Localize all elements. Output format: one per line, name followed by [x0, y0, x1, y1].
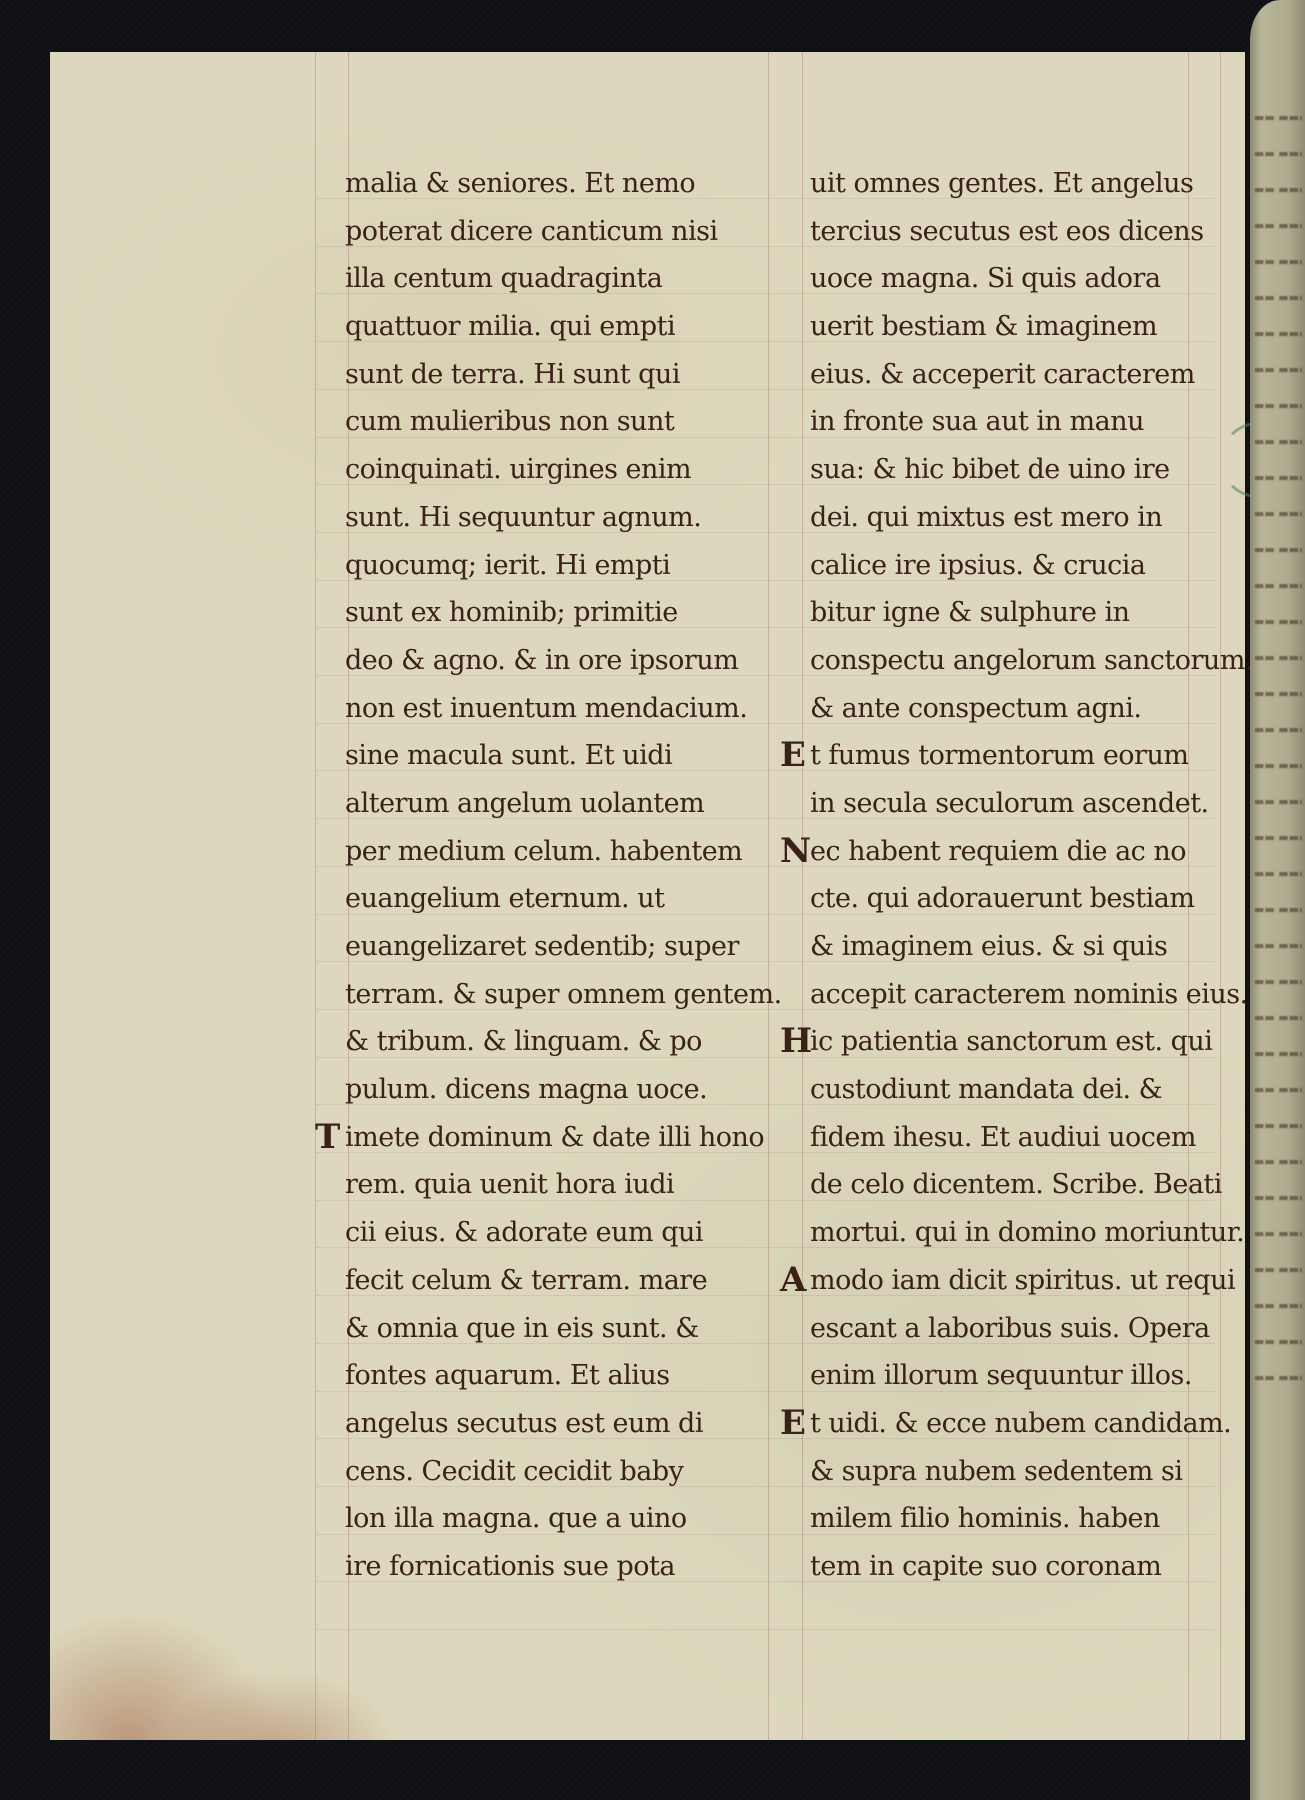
line-text: enim illorum sequuntur illos. — [810, 1360, 1192, 1391]
line-text: sua: & hic bibet de uino ire — [810, 454, 1170, 485]
line-text: & tribum. & linguam. & po — [345, 1026, 702, 1057]
leaf-line: ▬▬ ▬▬▬ ▬ — [1254, 388, 1302, 424]
text-line: illa centum quadraginta — [345, 255, 765, 303]
line-text: uerit bestiam & imaginem — [810, 311, 1157, 342]
text-line: ire fornicationis sue pota — [345, 1543, 765, 1591]
initial-letter: H — [780, 1018, 812, 1066]
text-line: sine macula sunt. Et uidi — [345, 732, 765, 780]
line-text: calice ire ipsius. & crucia — [810, 550, 1145, 581]
ruling-line — [315, 1629, 1215, 1630]
leaf-line: ▬▬ ▬▬▬ ▬ — [1254, 280, 1302, 316]
leaf-line: ▬▬ ▬▬▬ ▬ — [1254, 532, 1302, 568]
text-line: coinquinati. uirgines enim — [345, 446, 765, 494]
text-line: fidem ihesu. Et audiui uocem — [810, 1114, 1230, 1162]
line-text: in fronte sua aut in manu — [810, 406, 1144, 437]
leaf-line: ▬▬ ▬▬▬ ▬ — [1254, 352, 1302, 388]
text-line: calice ire ipsius. & crucia — [810, 542, 1230, 590]
text-line: escant a laboribus suis. Opera — [810, 1305, 1230, 1353]
text-line: per medium celum. habentem — [345, 828, 765, 876]
text-line: & omnia que in eis sunt. & — [345, 1305, 765, 1353]
line-text: quattuor milia. qui empti — [345, 311, 675, 342]
leaf-line: ▬▬ ▬▬▬ ▬ — [1254, 1000, 1302, 1036]
line-text: cens. Cecidit cecidit baby — [345, 1456, 683, 1487]
leaf-line: ▬▬ ▬▬▬ ▬ — [1254, 1072, 1302, 1108]
leaf-line: ▬▬ ▬▬▬ ▬ — [1254, 100, 1302, 136]
text-column-right: uit omnes gentes. Et angelustercius secu… — [810, 160, 1230, 1591]
leaf-line: ▬▬ ▬▬▬ ▬ — [1254, 604, 1302, 640]
next-leaf-text: ▬▬ ▬▬▬ ▬▬▬ ▬▬▬ ▬▬▬ ▬▬▬ ▬▬▬ ▬▬▬ ▬▬▬ ▬▬▬ ▬… — [1254, 100, 1302, 1396]
leaf-line: ▬▬ ▬▬▬ ▬ — [1254, 424, 1302, 460]
leaf-line: ▬▬ ▬▬▬ ▬ — [1254, 1288, 1302, 1324]
text-line: rem. quia uenit hora iudi — [345, 1161, 765, 1209]
leaf-line: ▬▬ ▬▬▬ ▬ — [1254, 172, 1302, 208]
line-text: de celo dicentem. Scribe. Beati — [810, 1169, 1222, 1200]
line-text: imete dominum & date illi hono — [345, 1122, 764, 1153]
line-text: coinquinati. uirgines enim — [345, 454, 691, 485]
text-line: terram. & super omnem gentem. — [345, 971, 765, 1019]
line-text: fecit celum & terram. mare — [345, 1265, 707, 1296]
text-line: cens. Cecidit cecidit baby — [345, 1448, 765, 1496]
text-line: uit omnes gentes. Et angelus — [810, 160, 1230, 208]
text-line: alterum angelum uolantem — [345, 780, 765, 828]
text-line: sua: & hic bibet de uino ire — [810, 446, 1230, 494]
line-text: cii eius. & adorate eum qui — [345, 1217, 703, 1248]
line-text: escant a laboribus suis. Opera — [810, 1313, 1210, 1344]
leaf-line: ▬▬ ▬▬▬ ▬ — [1254, 1216, 1302, 1252]
text-line: accepit caracterem nominis eius. — [810, 971, 1230, 1019]
leaf-line: ▬▬ ▬▬▬ ▬ — [1254, 1180, 1302, 1216]
leaf-line: ▬▬ ▬▬▬ ▬ — [1254, 208, 1302, 244]
initial-letter: A — [780, 1257, 806, 1305]
text-line: & ante conspectum agni. — [810, 685, 1230, 733]
leaf-line: ▬▬ ▬▬▬ ▬ — [1254, 568, 1302, 604]
text-line: Timete dominum & date illi hono — [345, 1114, 765, 1162]
line-text: & supra nubem sedentem si — [810, 1456, 1182, 1487]
leaf-line: ▬▬ ▬▬▬ ▬ — [1254, 316, 1302, 352]
line-text: ire fornicationis sue pota — [345, 1551, 675, 1582]
line-text: sunt. Hi sequuntur agnum. — [345, 502, 701, 533]
line-text: eius. & acceperit caracterem — [810, 359, 1195, 390]
leaf-line: ▬▬ ▬▬▬ ▬ — [1254, 496, 1302, 532]
text-line: cum mulieribus non sunt — [345, 398, 765, 446]
text-line: in fronte sua aut in manu — [810, 398, 1230, 446]
text-line: dei. qui mixtus est mero in — [810, 494, 1230, 542]
leaf-line: ▬▬ ▬▬▬ ▬ — [1254, 712, 1302, 748]
text-column-left: malia & seniores. Et nemopoterat dicere … — [345, 160, 765, 1591]
text-line: fontes aquarum. Et alius — [345, 1352, 765, 1400]
text-line: lon illa magna. que a uino — [345, 1495, 765, 1543]
initial-letter: E — [780, 1400, 805, 1448]
line-text: malia & seniores. Et nemo — [345, 168, 695, 199]
line-text: pulum. dicens magna uoce. — [345, 1074, 707, 1105]
line-text: in secula seculorum ascendet. — [810, 788, 1209, 819]
text-line: milem filio hominis. haben — [810, 1495, 1230, 1543]
line-text: dei. qui mixtus est mero in — [810, 502, 1162, 533]
text-line: Et uidi. & ecce nubem candidam. — [810, 1400, 1230, 1448]
text-line: quocumq; ierit. Hi empti — [345, 542, 765, 590]
text-line: sunt ex hominib; primitie — [345, 589, 765, 637]
text-line: mortui. qui in domino moriuntur. — [810, 1209, 1230, 1257]
line-text: fidem ihesu. Et audiui uocem — [810, 1122, 1196, 1153]
line-text: poterat dicere canticum nisi — [345, 216, 718, 247]
text-line: Nec habent requiem die ac no — [810, 828, 1230, 876]
line-text: alterum angelum uolantem — [345, 788, 704, 819]
line-text: sine macula sunt. Et uidi — [345, 740, 672, 771]
leaf-line: ▬▬ ▬▬▬ ▬ — [1254, 676, 1302, 712]
next-leaf-edge: ▬▬ ▬▬▬ ▬▬▬ ▬▬▬ ▬▬▬ ▬▬▬ ▬▬▬ ▬▬▬ ▬▬▬ ▬▬▬ ▬… — [1250, 0, 1305, 1800]
line-text: & imaginem eius. & si quis — [810, 931, 1167, 962]
line-text: custodiunt mandata dei. & — [810, 1074, 1162, 1105]
text-line: bitur igne & sulphure in — [810, 589, 1230, 637]
initial-letter: T — [315, 1114, 340, 1162]
text-line: pulum. dicens magna uoce. — [345, 1066, 765, 1114]
text-line: euangelizaret sedentib; super — [345, 923, 765, 971]
leaf-line: ▬▬ ▬▬▬ ▬ — [1254, 964, 1302, 1000]
line-text: accepit caracterem nominis eius. — [810, 979, 1248, 1010]
leaf-line: ▬▬ ▬▬▬ ▬ — [1254, 820, 1302, 856]
leaf-line: ▬▬ ▬▬▬ ▬ — [1254, 748, 1302, 784]
text-line: de celo dicentem. Scribe. Beati — [810, 1161, 1230, 1209]
leaf-line: ▬▬ ▬▬▬ ▬ — [1254, 1360, 1302, 1396]
leaf-line: ▬▬ ▬▬▬ ▬ — [1254, 1108, 1302, 1144]
leaf-line: ▬▬ ▬▬▬ ▬ — [1254, 1036, 1302, 1072]
text-line: Amodo iam dicit spiritus. ut requi — [810, 1257, 1230, 1305]
line-text: sunt ex hominib; primitie — [345, 597, 678, 628]
text-line: uoce magna. Si quis adora — [810, 255, 1230, 303]
line-text: uit omnes gentes. Et angelus — [810, 168, 1193, 199]
leaf-line: ▬▬ ▬▬▬ ▬ — [1254, 244, 1302, 280]
line-text: t uidi. & ecce nubem candidam. — [810, 1408, 1231, 1439]
line-text: non est inuentum mendacium. — [345, 693, 747, 724]
initial-letter: N — [780, 828, 811, 876]
line-text: & ante conspectum agni. — [810, 693, 1141, 724]
leaf-line: ▬▬ ▬▬▬ ▬ — [1254, 892, 1302, 928]
line-text: & omnia que in eis sunt. & — [345, 1313, 699, 1344]
line-text: tem in capite suo coronam — [810, 1551, 1161, 1582]
text-line: sunt. Hi sequuntur agnum. — [345, 494, 765, 542]
leaf-line: ▬▬ ▬▬▬ ▬ — [1254, 856, 1302, 892]
line-text: sunt de terra. Hi sunt qui — [345, 359, 680, 390]
leaf-line: ▬▬ ▬▬▬ ▬ — [1254, 1252, 1302, 1288]
line-text: bitur igne & sulphure in — [810, 597, 1130, 628]
line-text: deo & agno. & in ore ipsorum — [345, 645, 738, 676]
text-line: malia & seniores. Et nemo — [345, 160, 765, 208]
line-text: terram. & super omnem gentem. — [345, 979, 782, 1010]
text-line: custodiunt mandata dei. & — [810, 1066, 1230, 1114]
line-text: quocumq; ierit. Hi empti — [345, 550, 670, 581]
text-line: tem in capite suo coronam — [810, 1543, 1230, 1591]
text-line: tercius secutus est eos dicens — [810, 208, 1230, 256]
line-text: illa centum quadraginta — [345, 263, 662, 294]
text-line: non est inuentum mendacium. — [345, 685, 765, 733]
line-text: per medium celum. habentem — [345, 836, 742, 867]
leaf-line: ▬▬ ▬▬▬ ▬ — [1254, 460, 1302, 496]
leaf-line: ▬▬ ▬▬▬ ▬ — [1254, 784, 1302, 820]
leaf-line: ▬▬ ▬▬▬ ▬ — [1254, 640, 1302, 676]
line-text: angelus secutus est eum di — [345, 1408, 703, 1439]
text-line: uerit bestiam & imaginem — [810, 303, 1230, 351]
line-text: rem. quia uenit hora iudi — [345, 1169, 674, 1200]
text-line: & supra nubem sedentem si — [810, 1448, 1230, 1496]
text-line: Et fumus tormentorum eorum — [810, 732, 1230, 780]
line-text: ec habent requiem die ac no — [810, 836, 1186, 867]
text-line: & imaginem eius. & si quis — [810, 923, 1230, 971]
line-text: cum mulieribus non sunt — [345, 406, 674, 437]
line-text: euangelium eternum. ut — [345, 883, 664, 914]
text-line: euangelium eternum. ut — [345, 875, 765, 923]
line-text: milem filio hominis. haben — [810, 1503, 1160, 1534]
leaf-line: ▬▬ ▬▬▬ ▬ — [1254, 1324, 1302, 1360]
line-text: modo iam dicit spiritus. ut requi — [810, 1265, 1235, 1296]
initial-letter: E — [780, 732, 805, 780]
line-text: mortui. qui in domino moriuntur. — [810, 1217, 1244, 1248]
text-line: in secula seculorum ascendet. — [810, 780, 1230, 828]
text-line: Hic patientia sanctorum est. qui — [810, 1018, 1230, 1066]
leaf-line: ▬▬ ▬▬▬ ▬ — [1254, 1144, 1302, 1180]
line-text: cte. qui adorauerunt bestiam — [810, 883, 1194, 914]
text-line: deo & agno. & in ore ipsorum — [345, 637, 765, 685]
line-text: lon illa magna. que a uino — [345, 1503, 687, 1534]
text-line: enim illorum sequuntur illos. — [810, 1352, 1230, 1400]
leaf-line: ▬▬ ▬▬▬ ▬ — [1254, 928, 1302, 964]
line-text: fontes aquarum. Et alius — [345, 1360, 670, 1391]
line-text: conspectu angelorum sanctorum. — [810, 645, 1253, 676]
line-text: euangelizaret sedentib; super — [345, 931, 739, 962]
line-text: t fumus tormentorum eorum — [810, 740, 1188, 771]
text-line: conspectu angelorum sanctorum. — [810, 637, 1230, 685]
line-text: tercius secutus est eos dicens — [810, 216, 1204, 247]
text-line: angelus secutus est eum di — [345, 1400, 765, 1448]
line-text: ic patientia sanctorum est. qui — [810, 1026, 1212, 1057]
leaf-line: ▬▬ ▬▬▬ ▬ — [1254, 136, 1302, 172]
text-line: fecit celum & terram. mare — [345, 1257, 765, 1305]
text-line: poterat dicere canticum nisi — [345, 208, 765, 256]
text-line: & tribum. & linguam. & po — [345, 1018, 765, 1066]
text-line: cte. qui adorauerunt bestiam — [810, 875, 1230, 923]
text-line: sunt de terra. Hi sunt qui — [345, 351, 765, 399]
text-line: eius. & acceperit caracterem — [810, 351, 1230, 399]
line-text: uoce magna. Si quis adora — [810, 263, 1161, 294]
text-line: cii eius. & adorate eum qui — [345, 1209, 765, 1257]
text-line: quattuor milia. qui empti — [345, 303, 765, 351]
